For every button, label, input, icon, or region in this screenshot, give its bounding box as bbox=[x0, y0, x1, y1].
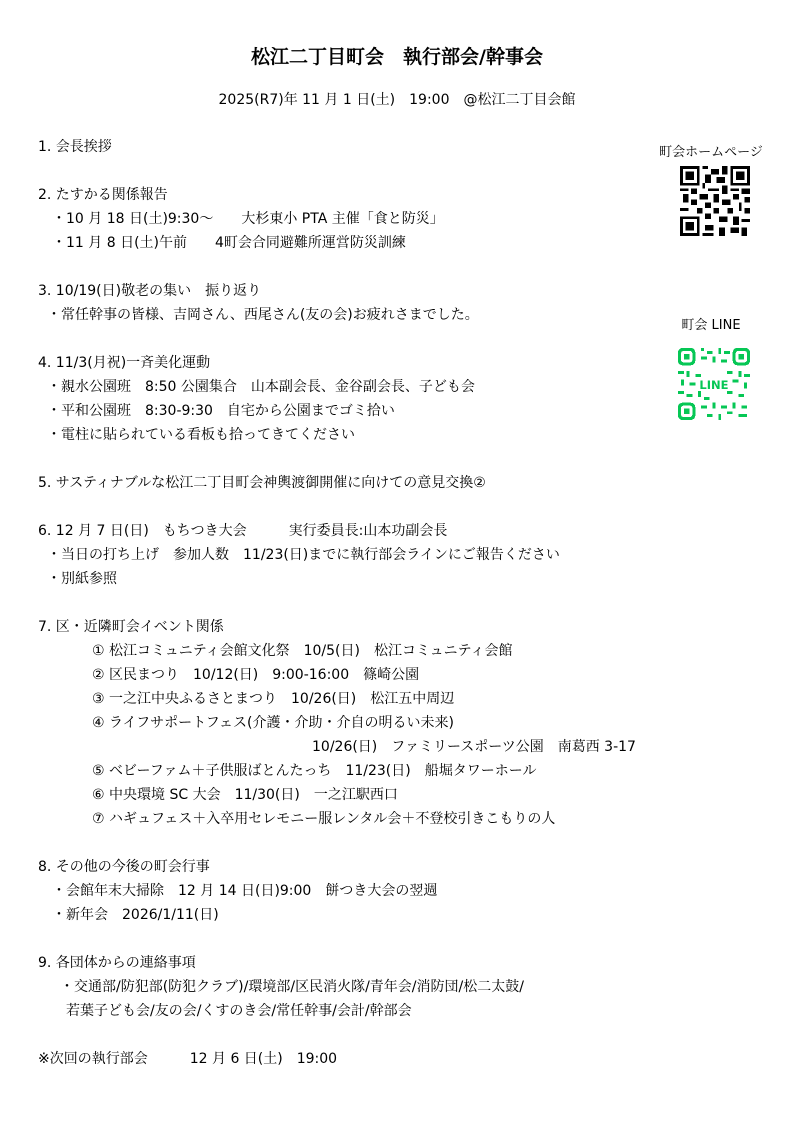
agenda-subitem: ・11 月 8 日(土)午前 4町会合同避難所運営防災訓練 bbox=[52, 233, 406, 253]
event-item-continuation: 10/26(日) ファミリースポーツ公園 南葛西 3-17 bbox=[312, 737, 636, 757]
agenda-item-1: 1. 会長挨拶 bbox=[38, 137, 112, 157]
svg-text:LINE: LINE bbox=[699, 378, 728, 392]
agenda-item-2: 2. たすかる関係報告 bbox=[38, 185, 168, 205]
agenda-subitem: ・交通部/防犯部(防犯クラブ)/環境部/区民消火隊/青年会/消防団/松二太鼓/ bbox=[60, 977, 524, 997]
qr-line-label: 町会 LINE bbox=[641, 316, 781, 336]
page-title: 松江二丁目町会 執行部会/幹事会 bbox=[0, 47, 794, 67]
event-item: ⑦ ハギュフェス＋入卒用セレモニー服レンタル会＋不登校引きこもりの人 bbox=[92, 809, 555, 829]
agenda-subitem: ・新年会 2026/1/11(日) bbox=[52, 905, 219, 925]
event-item: ⑥ 中央環境 SC 大会 11/30(日) 一之江駅西口 bbox=[92, 785, 398, 805]
agenda-item-4: 4. 11/3(月祝)一斉美化運動 bbox=[38, 353, 210, 373]
meeting-datetime: 2025(R7)年 11 月 1 日(土) 19:00 @松江二丁目会館 bbox=[0, 90, 794, 110]
agenda-subitem: ・親水公園班 8:50 公園集合 山本副会長、金谷副会長、子ども会 bbox=[47, 377, 475, 397]
agenda-subitem: ・常任幹事の皆様、吉岡さん、西尾さん(友の会)お疲れさまでした。 bbox=[47, 305, 479, 325]
agenda-subitem: ・電柱に貼られている看板も拾ってきてください bbox=[47, 425, 355, 445]
next-meeting-note: ※次回の執行部会 12 月 6 日(土) 19:00 bbox=[38, 1049, 337, 1069]
agenda-subitem: 若葉子ども会/友の会/くすのき会/常任幹事/会計/幹部会 bbox=[66, 1001, 412, 1021]
event-item: ② 区民まつり 10/12(日) 9:00-16:00 篠崎公園 bbox=[92, 665, 419, 685]
event-item: ① 松江コミュニティ会館文化祭 10/5(日) 松江コミュニティ会館 bbox=[92, 641, 513, 661]
agenda-subitem: ・10 月 18 日(土)9:30～ 大杉東小 PTA 主催「食と防災」 bbox=[52, 209, 444, 229]
agenda-subitem: ・会館年末大掃除 12 月 14 日(日)9:00 餅つき大会の翌週 bbox=[52, 881, 437, 901]
agenda-subitem: ・別紙参照 bbox=[47, 569, 117, 589]
agenda-item-3: 3. 10/19(日)敬老の集い 振り返り bbox=[38, 281, 261, 301]
agenda-subitem: ・平和公園班 8:30-9:30 自宅から公園までゴミ拾い bbox=[47, 401, 395, 421]
qr-code-icon[interactable] bbox=[680, 166, 750, 236]
event-item: ③ 一之江中央ふるさとまつり 10/26(日) 松江五中周辺 bbox=[92, 689, 454, 709]
agenda-item-7: 7. 区・近隣町会イベント関係 bbox=[38, 617, 224, 637]
event-item: ⑤ ベビーファム＋子供服ばとんたっち 11/23(日) 船堀タワーホール bbox=[92, 761, 536, 781]
agenda-subitem: ・当日の打ち上げ 参加人数 11/23(日)までに執行部会ラインにご報告ください bbox=[47, 545, 560, 565]
agenda-item-9: 9. 各団体からの連絡事項 bbox=[38, 953, 196, 973]
line-qr-code-icon[interactable]: LINE bbox=[678, 348, 750, 420]
event-item: ④ ライフサポートフェス(介護・介助・介自の明るい未来) bbox=[92, 713, 454, 733]
agenda-item-8: 8. その他の今後の町会行事 bbox=[38, 857, 210, 877]
agenda-item-6: 6. 12 月 7 日(日) もちつき大会 実行委員長:山本功副会長 bbox=[38, 521, 447, 541]
agenda-item-5: 5. サスティナブルな松江二丁目町会神輿渡御開催に向けての意見交換② bbox=[38, 473, 486, 493]
qr-homepage-label: 町会ホームページ bbox=[641, 143, 781, 163]
